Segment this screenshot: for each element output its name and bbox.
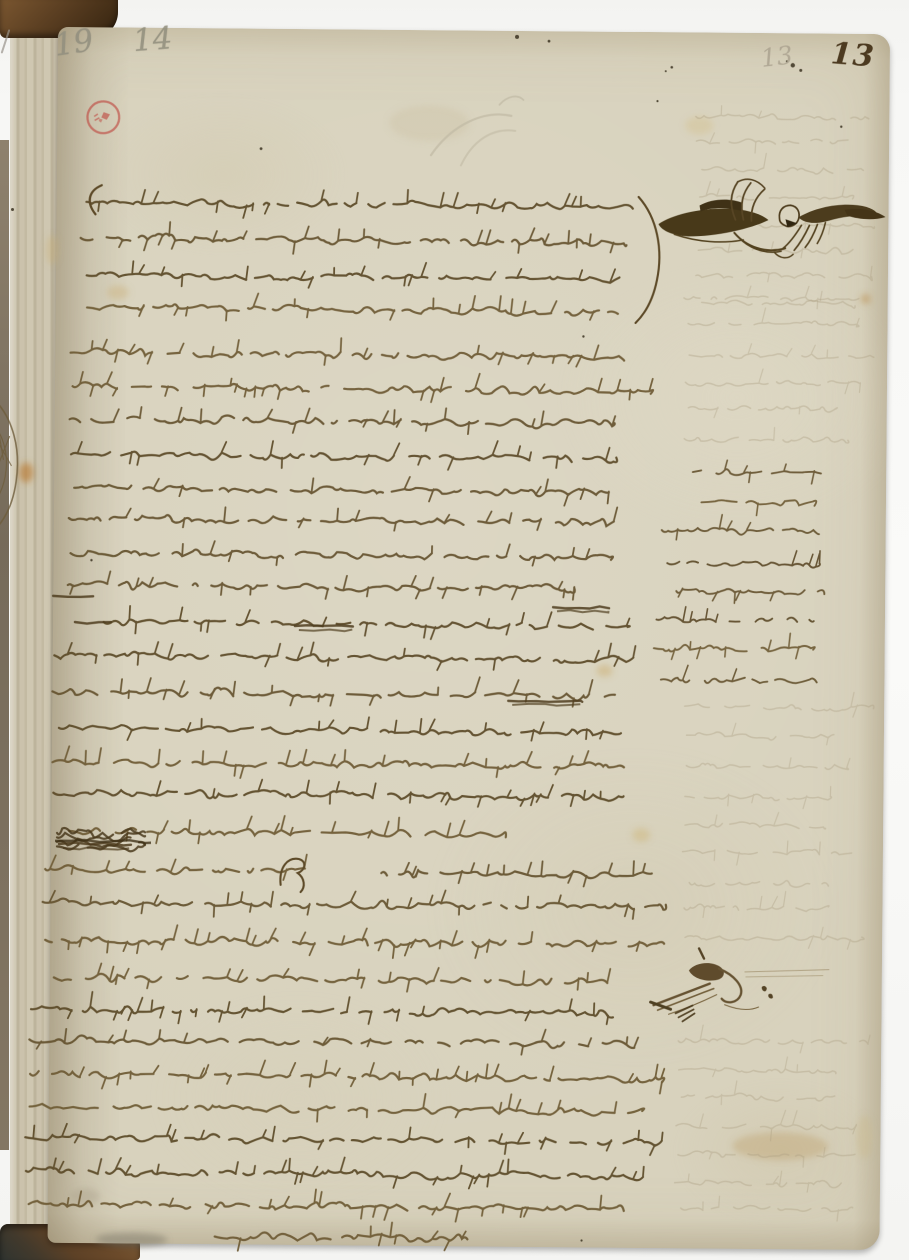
pencil-stroke: [2, 30, 9, 52]
page-tilt-wrapper: 19 14 13 13: [0, 0, 909, 1260]
ink-folio-number: 13: [830, 39, 876, 72]
pencil-folio-number: 13: [760, 42, 794, 70]
manuscript-page: [48, 27, 891, 1250]
manuscript-scan: 19 14 13 13: [0, 0, 909, 1260]
pencil-number-14: 14: [132, 23, 174, 57]
paper-texture: [48, 27, 891, 1250]
library-stamp-icon: [82, 96, 125, 139]
pencil-number-19: 19: [52, 25, 96, 61]
wheel-sketch-fragment: [0, 395, 18, 536]
